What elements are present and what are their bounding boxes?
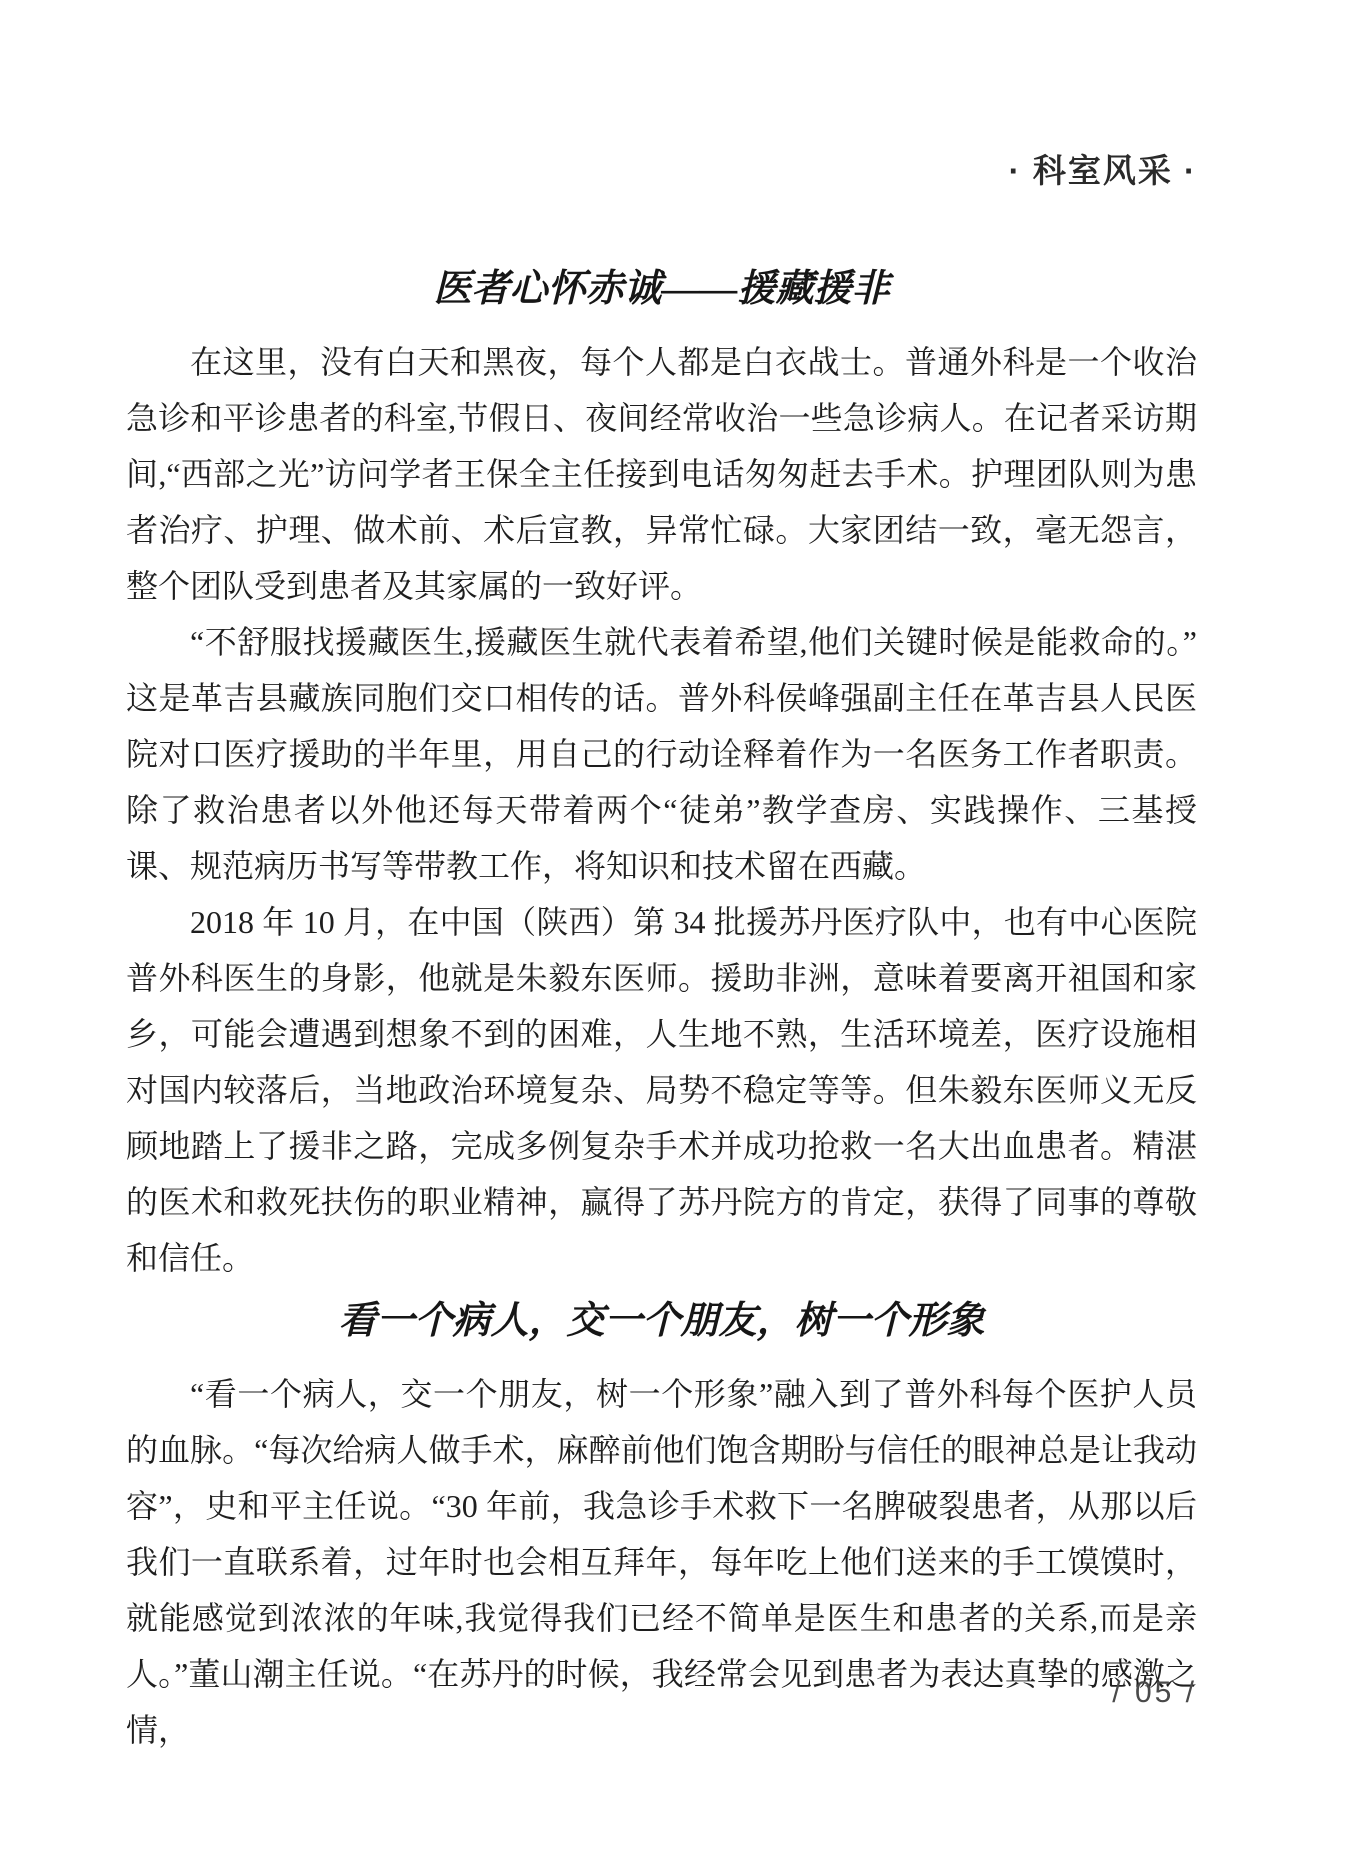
paragraph-3: 2018 年 10 月，在中国（陕西）第 34 批援苏丹医疗队中，也有中心医院普… — [126, 894, 1197, 1286]
page-number: / 05 / — [1112, 1676, 1197, 1710]
paragraph-2: “不舒服找援藏医生,援藏医生就代表着希望,他们关键时候是能救命的。”这是革吉县藏… — [126, 614, 1197, 894]
section2-body: “看一个病人，交一个朋友，树一个形象”融入到了普外科每个医护人员的血脉。“每次给… — [126, 1366, 1197, 1758]
paragraph-1: 在这里，没有白天和黑夜，每个人都是白衣战士。普通外科是一个收治急诊和平诊患者的科… — [126, 334, 1197, 614]
section2-heading: 看一个病人，交一个朋友，树一个形象 — [126, 1298, 1197, 1344]
section1-heading: 医者心怀赤诚——援藏援非 — [126, 266, 1197, 312]
paragraph-4: “看一个病人，交一个朋友，树一个形象”融入到了普外科每个医护人员的血脉。“每次给… — [126, 1366, 1197, 1758]
document-page: · 科室风采 · 医者心怀赤诚——援藏援非 在这里，没有白天和黑夜，每个人都是白… — [0, 0, 1362, 1858]
running-header: · 科室风采 · — [126, 150, 1197, 192]
section1-body: 在这里，没有白天和黑夜，每个人都是白衣战士。普通外科是一个收治急诊和平诊患者的科… — [126, 334, 1197, 1286]
